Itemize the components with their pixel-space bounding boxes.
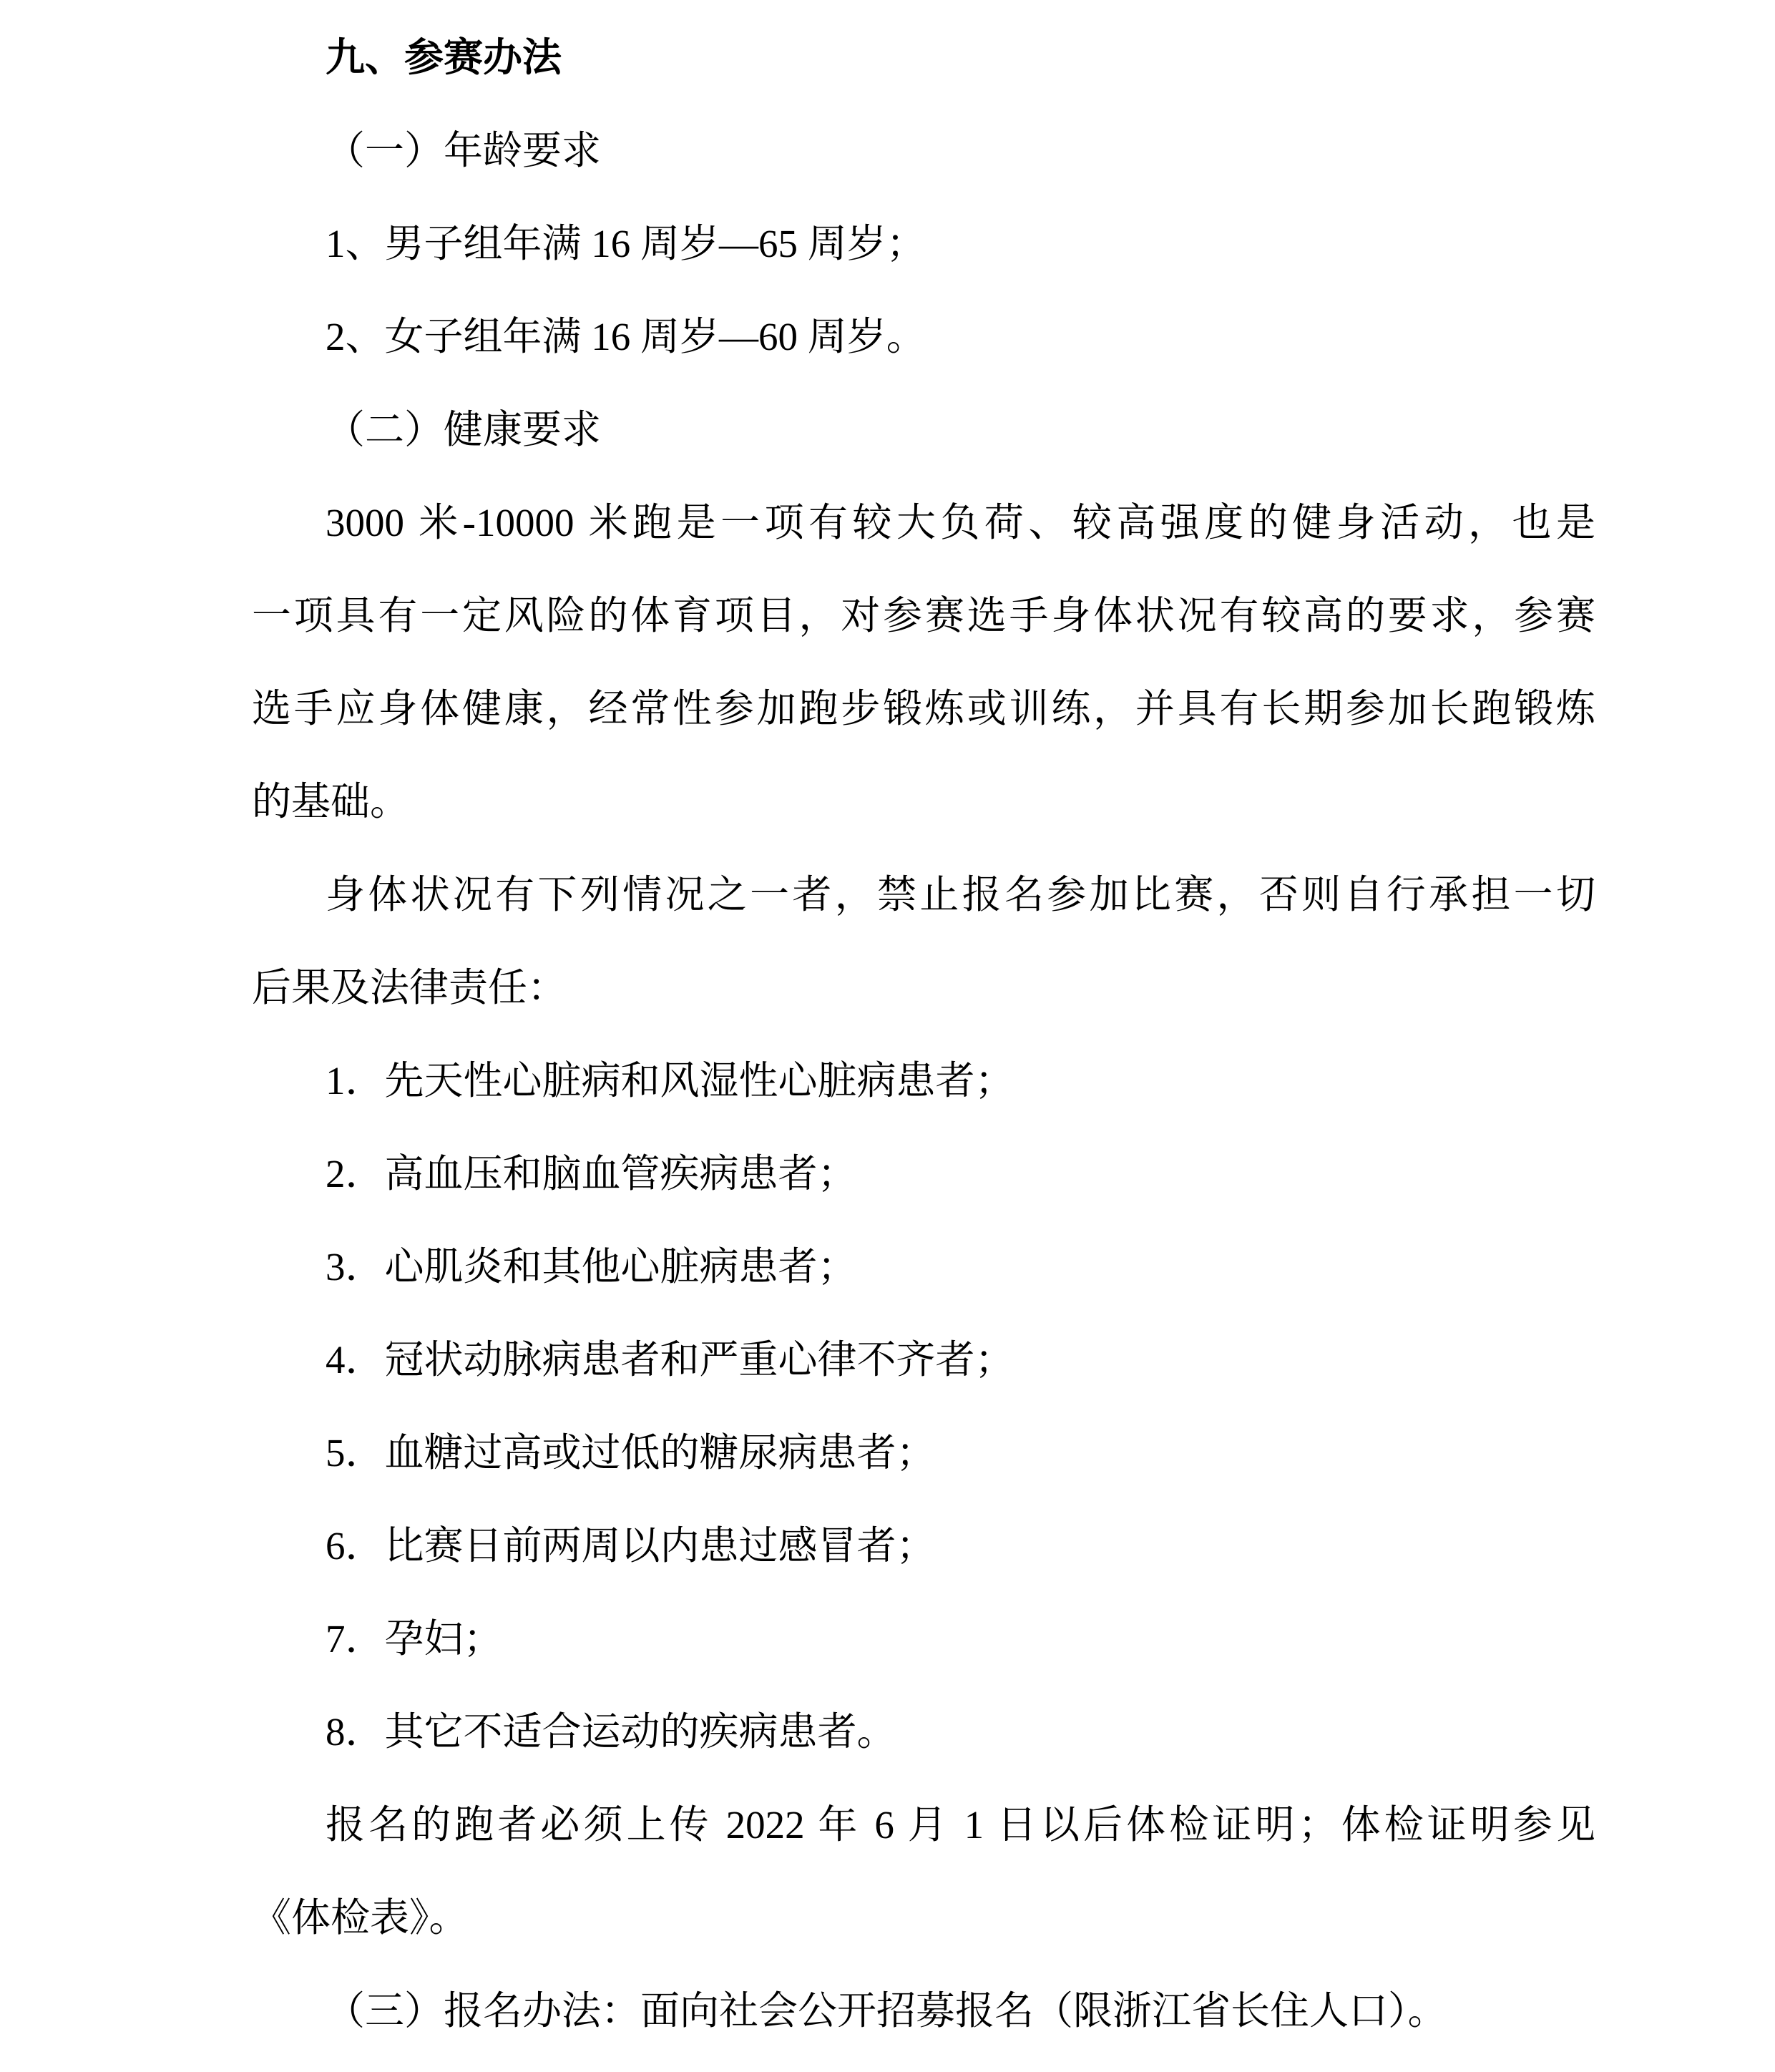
- health-paragraph-line-1: 3000 米-10000 米跑是一项有较大负荷、较高强度的健身活动，也是: [252, 477, 1595, 570]
- section-heading-participation-method: 九、参赛办法: [252, 11, 1595, 104]
- condition-item-5: 5．血糖过高或过低的糖尿病患者；: [252, 1407, 1595, 1500]
- condition-item-1: 1．先天性心脏病和风湿性心脏病患者；: [252, 1035, 1595, 1128]
- condition-item-2: 2．高血压和脑血管疾病患者；: [252, 1128, 1595, 1221]
- condition-item-7: 7．孕妇；: [252, 1593, 1595, 1686]
- health-paragraph-line-4: 的基础。: [252, 756, 1595, 849]
- document-page: 九、参赛办法 （一）年龄要求 1、男子组年满 16 周岁—65 周岁； 2、女子…: [0, 0, 1775, 2072]
- age-rule-men: 1、男子组年满 16 周岁—65 周岁；: [252, 197, 1595, 290]
- health-paragraph-line-2: 一项具有一定风险的体育项目，对参赛选手身体状况有较高的要求，参赛: [252, 570, 1595, 663]
- condition-item-6: 6．比赛日前两周以内患过感冒者；: [252, 1500, 1595, 1593]
- medical-certificate-paragraph-line-2: 《体检表》。: [252, 1872, 1595, 1965]
- health-paragraph-line-3: 选手应身体健康，经常性参加跑步锻炼或训练，并具有长期参加长跑锻炼: [252, 663, 1595, 756]
- prohibition-paragraph-line-2: 后果及法律责任：: [252, 942, 1595, 1035]
- medical-certificate-paragraph-line-1: 报名的跑者必须上传 2022 年 6 月 1 日以后体检证明；体检证明参见: [252, 1779, 1595, 1872]
- subheading-registration-method: （三）报名办法：面向社会公开招募报名（限浙江省长住人口）。: [252, 1965, 1595, 2058]
- age-rule-women: 2、女子组年满 16 周岁—60 周岁。: [252, 290, 1595, 383]
- subheading-health-requirement: （二）健康要求: [252, 383, 1595, 477]
- condition-item-8: 8．其它不适合运动的疾病患者。: [252, 1686, 1595, 1779]
- subheading-age-requirement: （一）年龄要求: [252, 104, 1595, 197]
- condition-item-4: 4．冠状动脉病患者和严重心律不齐者；: [252, 1314, 1595, 1407]
- condition-item-3: 3．心肌炎和其他心脏病患者；: [252, 1221, 1595, 1314]
- prohibition-paragraph-line-1: 身体状况有下列情况之一者，禁止报名参加比赛，否则自行承担一切: [252, 849, 1595, 942]
